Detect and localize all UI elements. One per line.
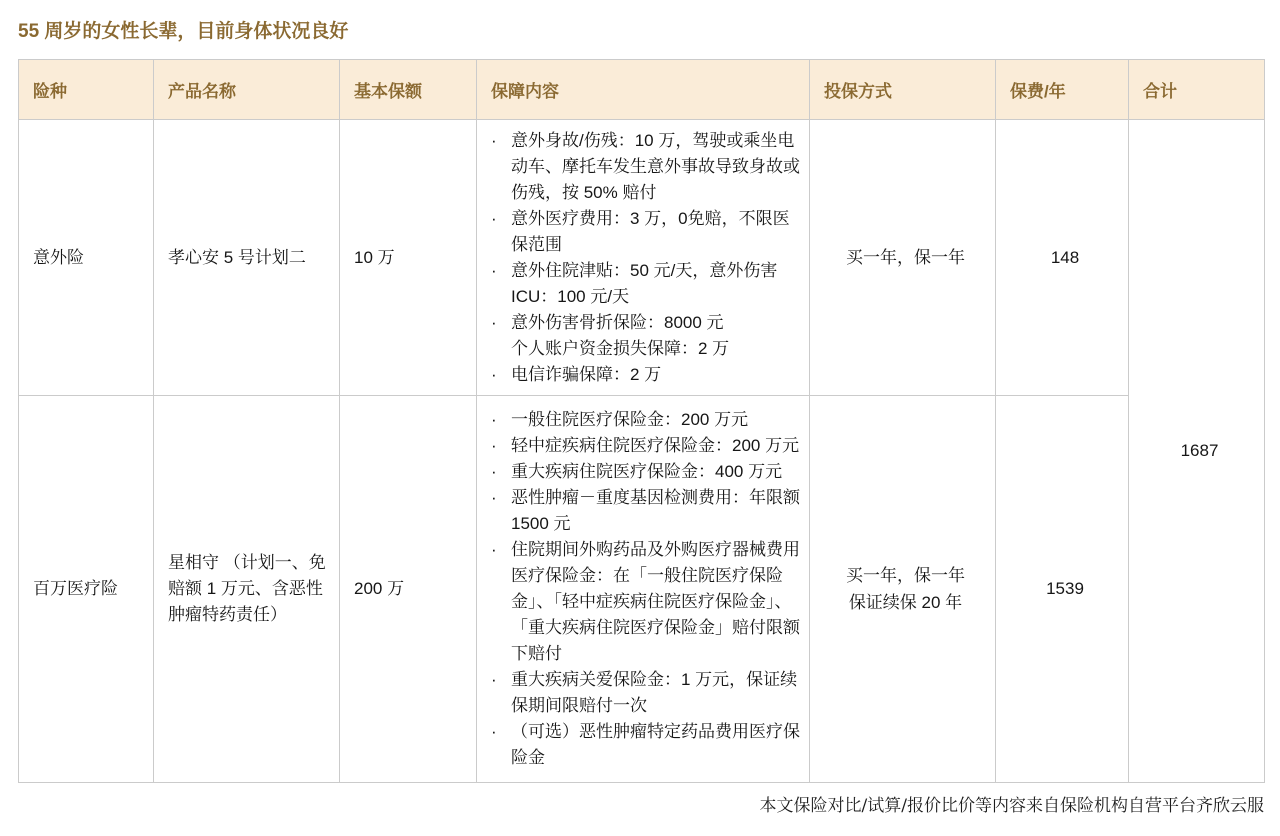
- cell-total-premium: 1687: [1129, 120, 1265, 783]
- coverage-item: ·住院期间外购药品及外购医疗器械费用医疗保险金：在「一般住院医疗保险金」、「轻中…: [491, 537, 801, 667]
- bullet-dot: ·: [491, 128, 511, 154]
- col-header-product-name: 产品名称: [154, 60, 340, 120]
- coverage-item: ·一般住院医疗保险金：200 万元: [491, 407, 801, 433]
- cell-basic-sum: 200 万: [340, 396, 477, 783]
- coverage-item: ·意外住院津贴：50 元/天，意外伤害 ICU：100 元/天: [491, 258, 801, 310]
- cell-product-name: 星相守 （计划一、免赔额 1 万元、含恶性肿瘤特药责任）: [154, 396, 340, 783]
- coverage-item: ·电信诈骗保障：2 万: [491, 362, 801, 388]
- cell-insurance-type: 意外险: [19, 120, 154, 396]
- col-header-coverage: 保障内容: [477, 60, 810, 120]
- page-title: 55 周岁的女性长辈，目前身体状况良好: [18, 20, 1264, 44]
- coverage-list: ·意外身故/伤残：10 万，驾驶或乘坐电动车、摩托车发生意外事故导致身故或伤残，…: [491, 128, 801, 388]
- insurance-comparison-page: 55 周岁的女性长辈，目前身体状况良好 险种 产品名称 基本保额 保障内容 投保…: [0, 0, 1280, 836]
- bullet-dot: ·: [491, 667, 511, 693]
- col-header-premium: 保费/年: [996, 60, 1129, 120]
- coverage-item: ·意外身故/伤残：10 万，驾驶或乘坐电动车、摩托车发生意外事故导致身故或伤残，…: [491, 128, 801, 206]
- bullet-dot: ·: [491, 485, 511, 511]
- cell-premium-per-year: 1539: [996, 396, 1129, 783]
- bullet-dot: ·: [491, 258, 511, 284]
- method-line: 买一年，保一年: [824, 244, 987, 271]
- coverage-item: ·重大疾病住院医疗保险金：400 万元: [491, 459, 801, 485]
- coverage-item: ·意外伤害骨折保险：8000 元: [491, 310, 801, 336]
- source-disclaimer: 本文保险对比/试算/报价比价等内容来自保险机构自营平台齐欣云服: [18, 794, 1264, 818]
- insurance-comparison-table: 险种 产品名称 基本保额 保障内容 投保方式 保费/年 合计 意外险 孝心安 5…: [18, 59, 1265, 783]
- col-header-basic-sum: 基本保额: [340, 60, 477, 120]
- cell-purchase-method: 买一年，保一年 保证续保 20 年: [810, 396, 996, 783]
- col-header-method: 投保方式: [810, 60, 996, 120]
- method-line: 保证续保 20 年: [824, 589, 987, 616]
- cell-purchase-method: 买一年，保一年: [810, 120, 996, 396]
- bullet-dot: ·: [491, 459, 511, 485]
- cell-basic-sum: 10 万: [340, 120, 477, 396]
- cell-coverage: ·一般住院医疗保险金：200 万元 ·轻中症疾病住院医疗保险金：200 万元 ·…: [477, 396, 810, 783]
- col-header-total: 合计: [1129, 60, 1265, 120]
- bullet-dot: ·: [491, 362, 511, 388]
- coverage-list: ·一般住院医疗保险金：200 万元 ·轻中症疾病住院医疗保险金：200 万元 ·…: [491, 407, 801, 771]
- cell-premium-per-year: 148: [996, 120, 1129, 396]
- bullet-dot: ·: [491, 206, 511, 232]
- coverage-item: ·意外医疗费用：3 万，0免赔，不限医保范围: [491, 206, 801, 258]
- bullet-dot: ·: [491, 433, 511, 459]
- cell-product-name: 孝心安 5 号计划二: [154, 120, 340, 396]
- table-row-medical-insurance: 百万医疗险 星相守 （计划一、免赔额 1 万元、含恶性肿瘤特药责任） 200 万…: [19, 396, 1265, 783]
- method-line: 买一年，保一年: [824, 562, 987, 589]
- col-header-insurance-type: 险种: [19, 60, 154, 120]
- bullet-dot: ·: [491, 310, 511, 336]
- coverage-item: ·轻中症疾病住院医疗保险金：200 万元: [491, 433, 801, 459]
- table-header-row: 险种 产品名称 基本保额 保障内容 投保方式 保费/年 合计: [19, 60, 1265, 120]
- coverage-item: ·（可选）恶性肿瘤特定药品费用医疗保险金: [491, 719, 801, 771]
- bullet-dot: ·: [491, 719, 511, 745]
- coverage-item: ·恶性肿瘤－重度基因检测费用：年限额 1500 元: [491, 485, 801, 537]
- cell-insurance-type: 百万医疗险: [19, 396, 154, 783]
- bullet-dot: ·: [491, 537, 511, 563]
- cell-coverage: ·意外身故/伤残：10 万，驾驶或乘坐电动车、摩托车发生意外事故导致身故或伤残，…: [477, 120, 810, 396]
- coverage-item-continuation: 个人账户资金损失保障：2 万: [491, 336, 801, 362]
- bullet-dot: ·: [491, 407, 511, 433]
- coverage-item: ·重大疾病关爱保险金：1 万元，保证续保期间限赔付一次: [491, 667, 801, 719]
- table-row-accident-insurance: 意外险 孝心安 5 号计划二 10 万 ·意外身故/伤残：10 万，驾驶或乘坐电…: [19, 120, 1265, 396]
